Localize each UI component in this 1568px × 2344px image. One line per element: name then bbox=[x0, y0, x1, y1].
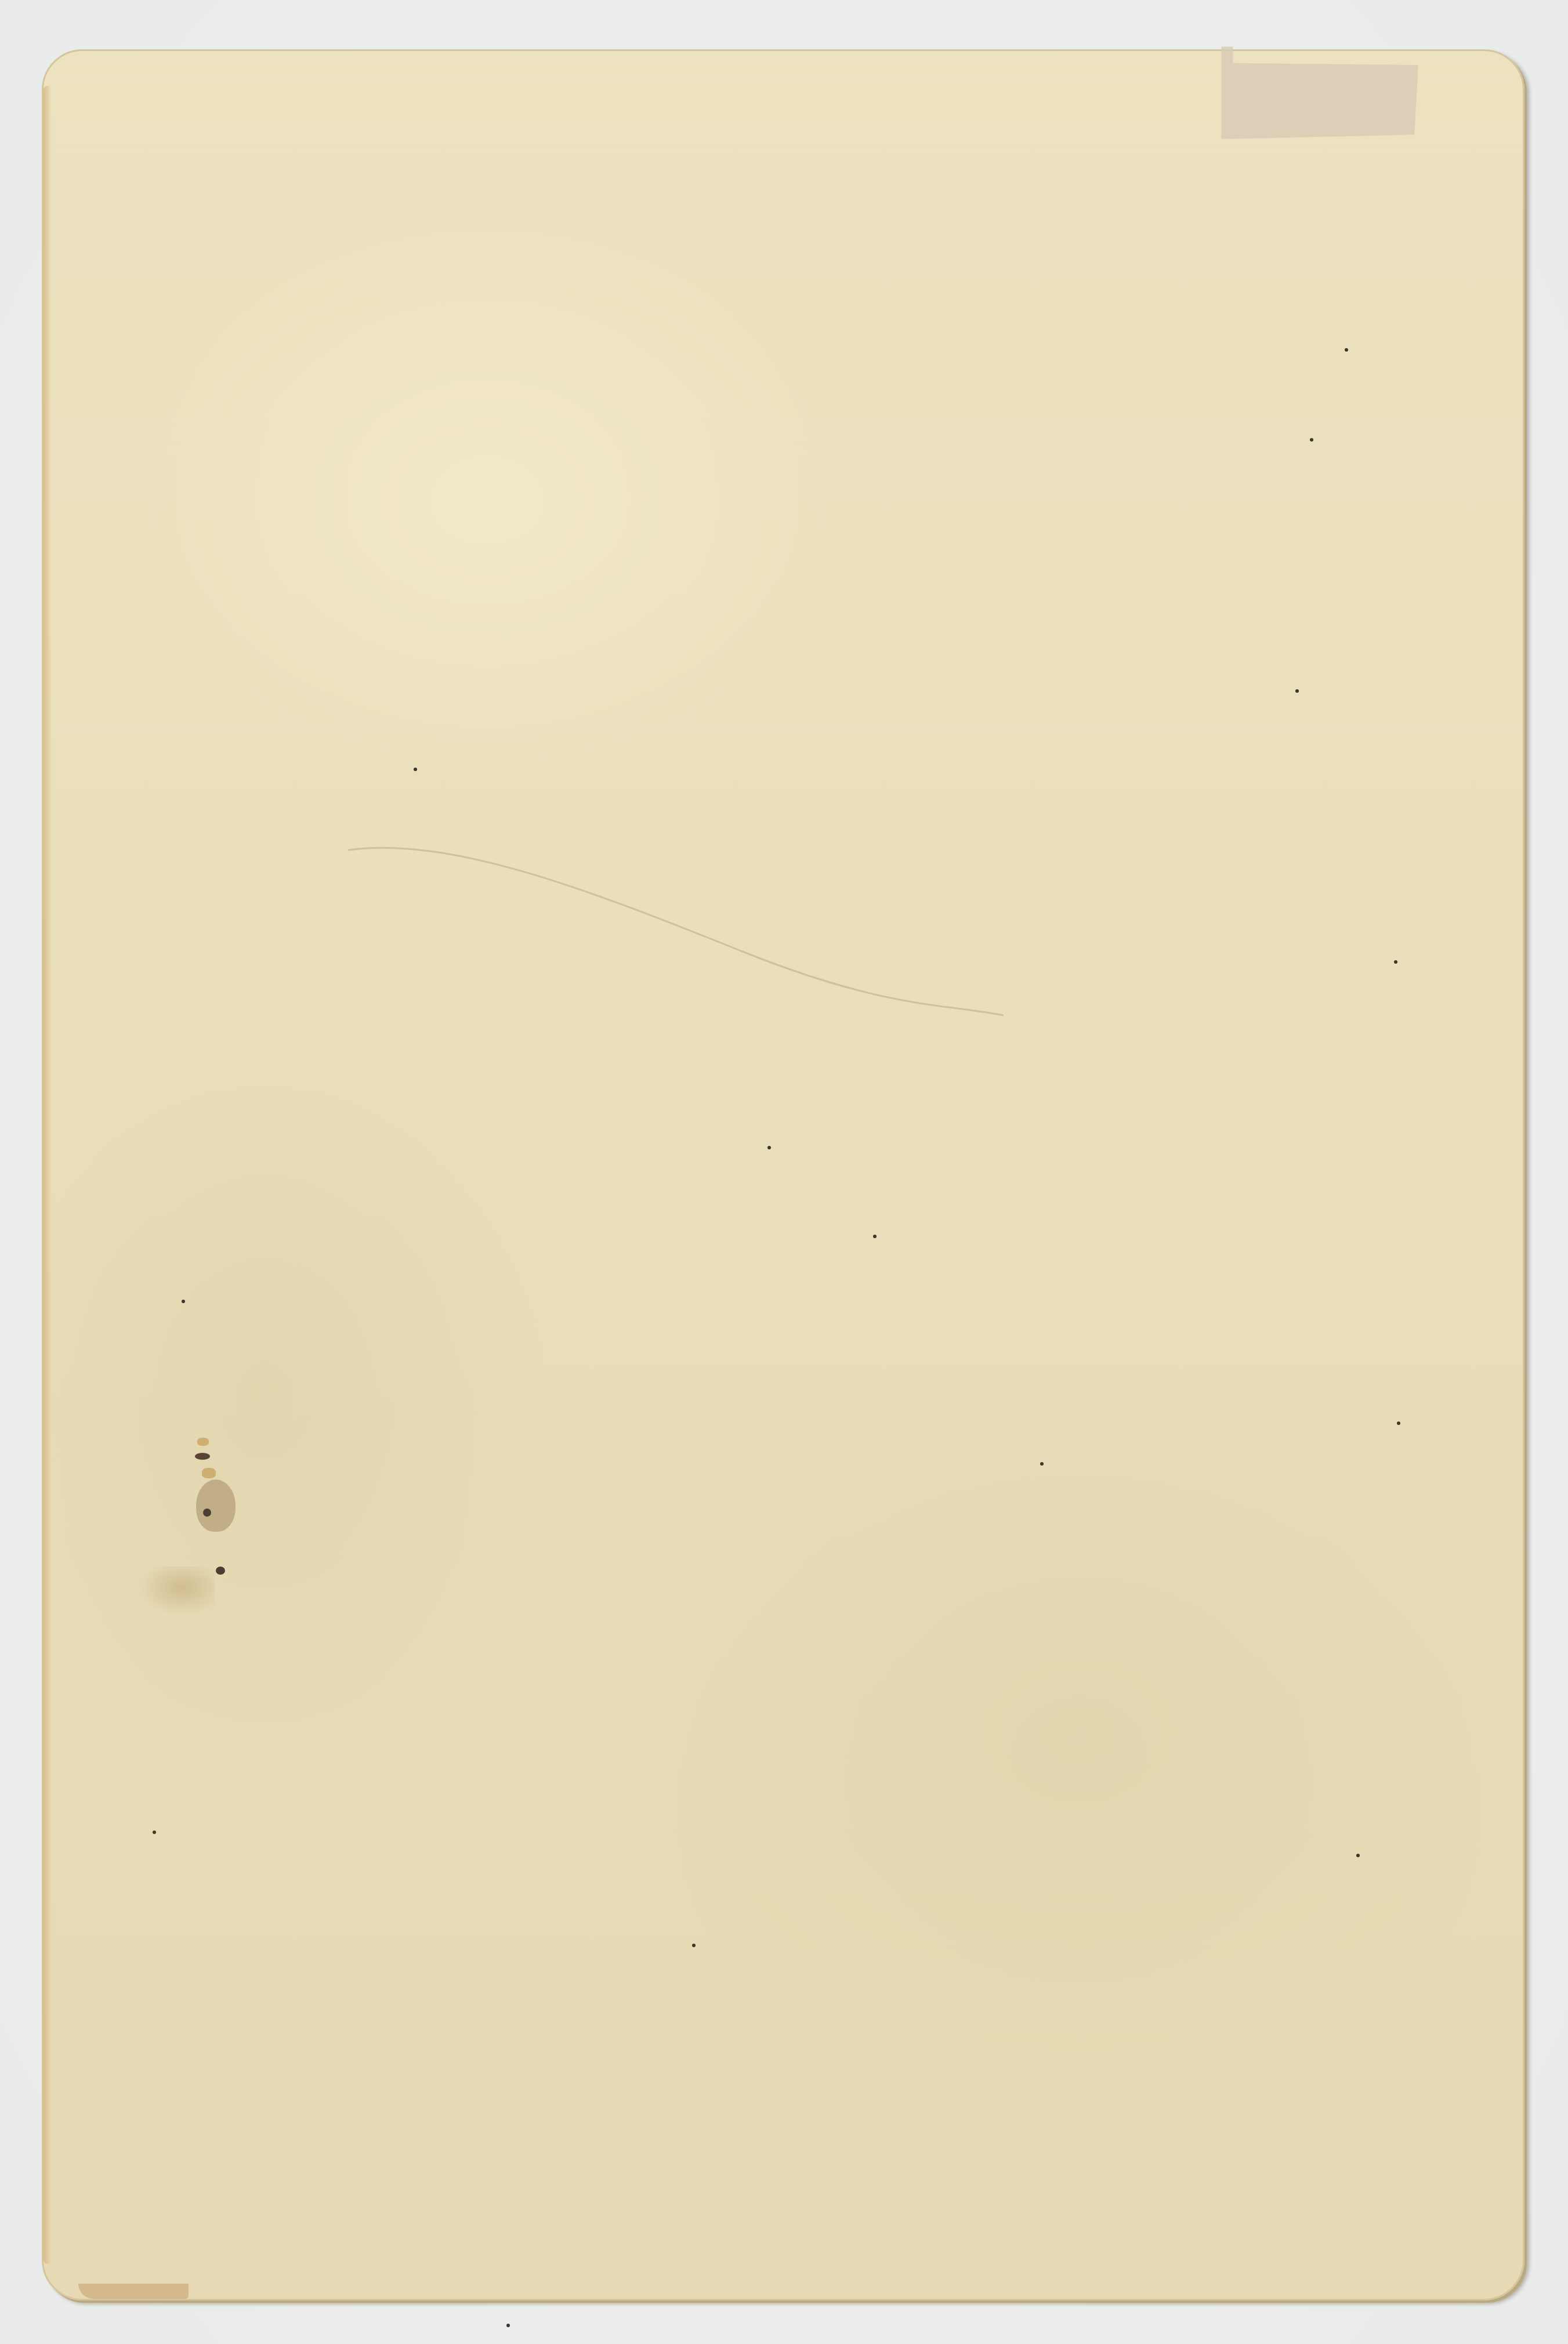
speck bbox=[1040, 1462, 1044, 1466]
speck bbox=[182, 1300, 185, 1303]
speck bbox=[414, 768, 417, 771]
card-edge-wear bbox=[44, 86, 52, 2264]
illegible-pencil-annotation bbox=[1122, 2179, 1366, 2231]
speck bbox=[692, 1944, 696, 1947]
speck bbox=[1397, 1421, 1400, 1425]
stain-dot bbox=[203, 1509, 211, 1517]
speck bbox=[873, 1235, 877, 1238]
card-back bbox=[42, 49, 1524, 2300]
stain-dot bbox=[216, 1567, 225, 1575]
speck bbox=[153, 1831, 156, 1834]
speck bbox=[506, 2324, 510, 2327]
speck bbox=[1345, 348, 1348, 352]
speck bbox=[1356, 1854, 1360, 1857]
stain-fleck bbox=[197, 1438, 209, 1446]
speck bbox=[1295, 689, 1299, 693]
stain-drop bbox=[196, 1480, 236, 1532]
curved-scratch bbox=[336, 801, 1091, 1021]
stain-splash bbox=[133, 1567, 215, 1619]
stain-fleck bbox=[202, 1468, 216, 1478]
stain-dot bbox=[195, 1453, 210, 1460]
bottom-left-edge-wear bbox=[78, 2284, 189, 2299]
speck bbox=[1310, 438, 1313, 442]
speck bbox=[767, 1146, 771, 1149]
stain-cluster bbox=[139, 1410, 255, 1584]
speck bbox=[1394, 960, 1397, 964]
